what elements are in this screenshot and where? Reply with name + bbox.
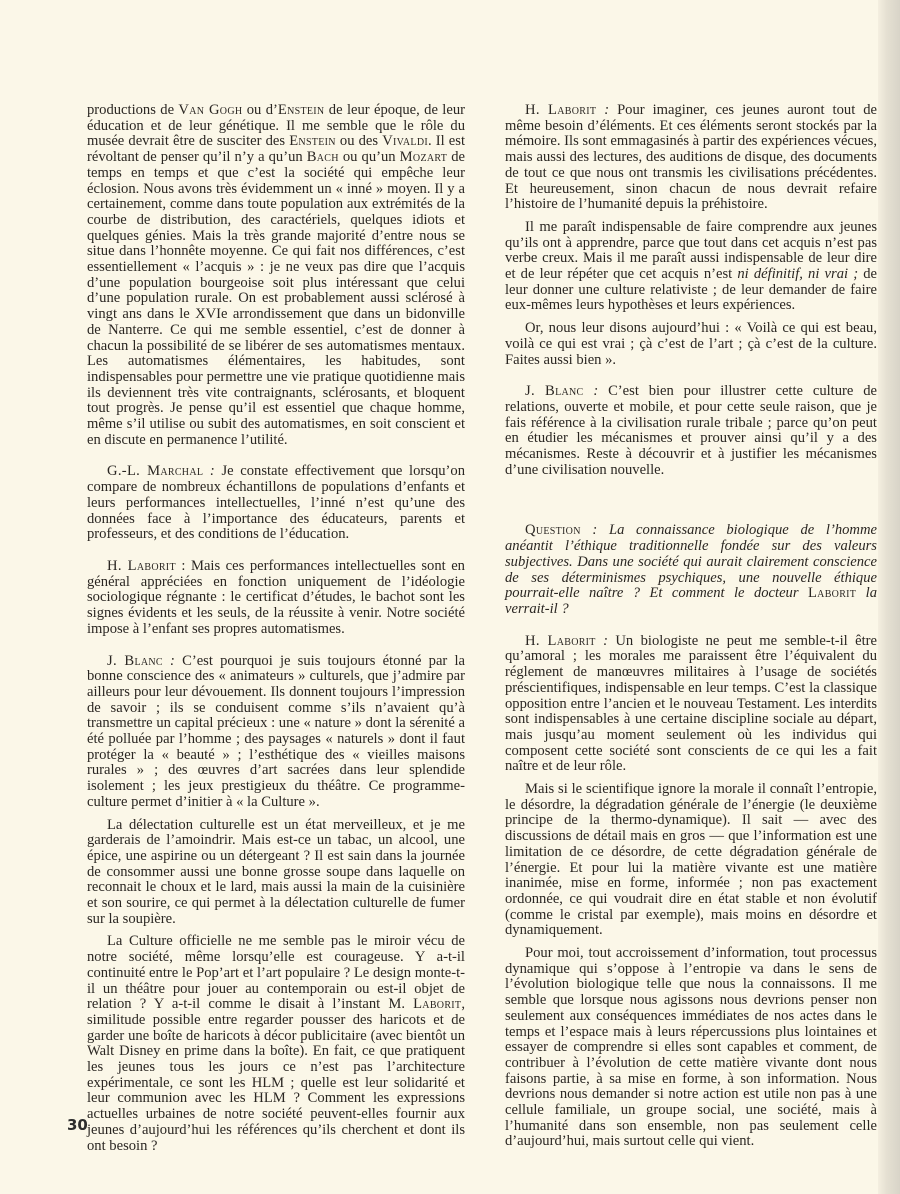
- right-column: H. Laborit : Pour imaginer, ces jeunes a…: [505, 103, 877, 1150]
- speech-blanc: J. Blanc : C’est pourquoi je suis toujou…: [87, 654, 465, 811]
- page-number: 30: [67, 1116, 88, 1134]
- paragraph: Il me paraît indispensable de faire comp…: [505, 220, 877, 314]
- speaker-name: H. Laborit: [107, 558, 176, 574]
- speech-laborit: H. Laborit : Un biologiste ne peut me se…: [505, 634, 877, 775]
- page-binding-gutter: [878, 0, 900, 1194]
- speech-laborit: H. Laborit : Pour imaginer, ces jeunes a…: [505, 103, 877, 213]
- paragraph: Or, nous leur disons aujourd’hui : « Voi…: [505, 321, 877, 368]
- speaker-name: J. Blanc: [107, 653, 163, 669]
- speech-blanc: J. Blanc : C’est bien pour illustrer cet…: [505, 384, 877, 478]
- paragraph: Pour moi, tout accroissement d’informati…: [505, 946, 877, 1150]
- question: Question : La connaissance biologique de…: [505, 523, 877, 617]
- left-column: productions de Van Gogh ou d’Enstein de …: [87, 103, 465, 1154]
- paragraph-continuation: productions de Van Gogh ou d’Enstein de …: [87, 103, 465, 448]
- paragraph: La délectation culturelle est un état me…: [87, 818, 465, 928]
- name-bach: Bach: [307, 149, 339, 165]
- name-vivaldi: Vivaldi: [382, 133, 428, 149]
- speech-marchal: G.-L. Marchal : Je constate effectivemen…: [87, 464, 465, 543]
- name-enstein: Enstein: [278, 102, 325, 118]
- name-enstein: Enstein: [289, 133, 336, 149]
- speaker-name: H. Laborit: [525, 633, 596, 649]
- speaker-name: H. Laborit: [525, 102, 596, 118]
- speech-laborit: H. Laborit : Mais ces performances intel…: [87, 559, 465, 638]
- name-laborit: Laborit: [413, 996, 461, 1012]
- paragraph: Mais si le scientifique ignore la morale…: [505, 782, 877, 939]
- paragraph: La Culture officielle ne me semble pas l…: [87, 934, 465, 1154]
- speaker-name: J. Blanc: [525, 383, 584, 399]
- emphasis: ni définitif, ni vrai ;: [737, 266, 858, 282]
- question-label: Question: [525, 522, 581, 538]
- name-laborit: Laborit: [808, 585, 856, 601]
- speaker-name: G.-L. Marchal: [107, 463, 203, 479]
- name-van-gogh: Van Gogh: [178, 102, 242, 118]
- name-mozart: Mozart: [400, 149, 448, 165]
